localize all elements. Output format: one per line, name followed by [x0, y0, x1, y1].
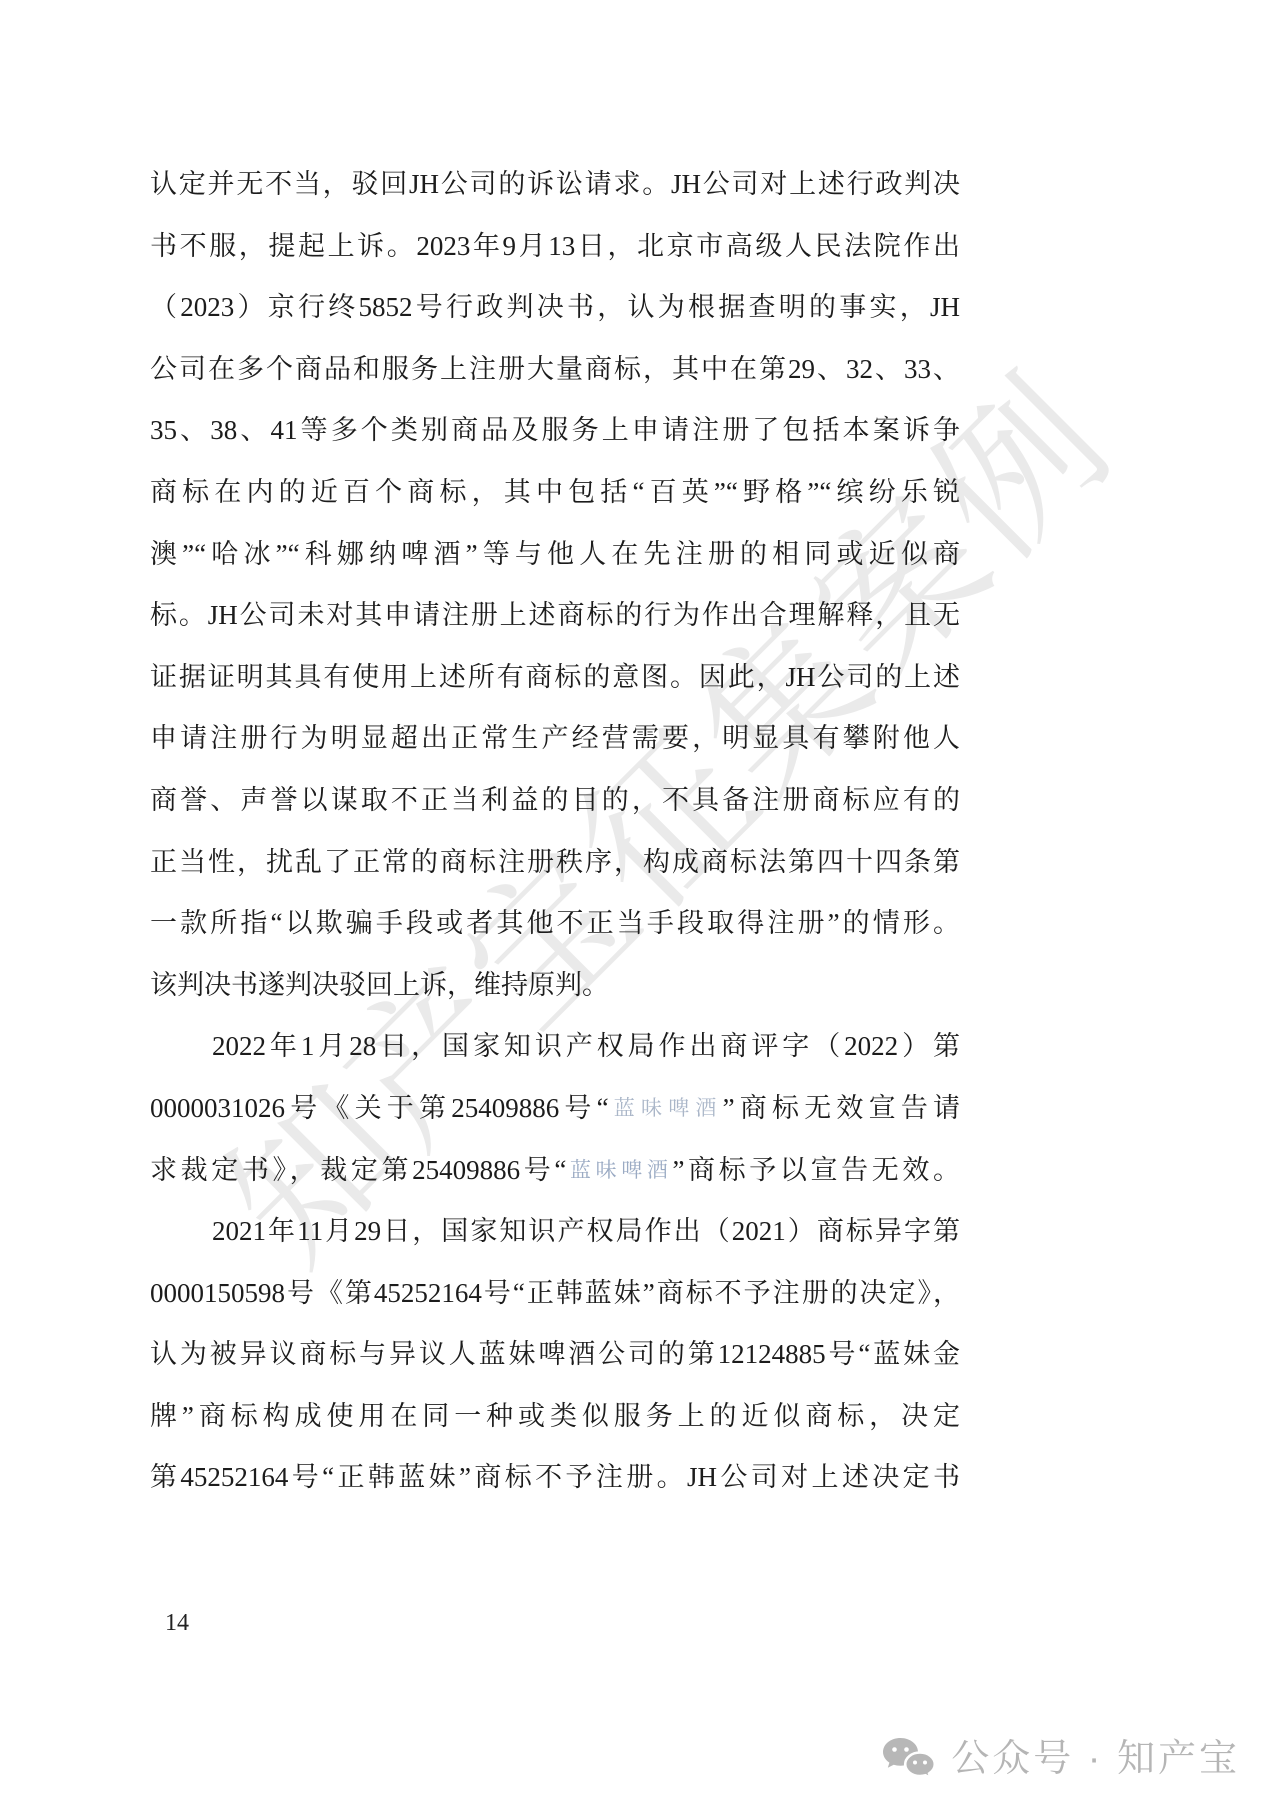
text-segment: 求裁定书》，裁定第25409886号“ [150, 1155, 566, 1185]
text-line: 书不服，提起上诉。2023年9月13日，北京市高级人民法院作出 [150, 216, 960, 278]
text-segment: 0000031026号《关于第25409886号“ [150, 1093, 609, 1123]
text-line: 2022年1月28日，国家知识产权局作出商评字（2022）第 [150, 1016, 960, 1078]
text-line: 正当性，扰乱了正常的商标注册秩序，构成商标法第四十四条第 [150, 832, 960, 894]
text-line: 公司在多个商品和服务上注册大量商标，其中在第29、32、33、 [150, 339, 960, 401]
text-line: 商标在内的近百个商标，其中包括“百英”“野格”“缤纷乐锐 [150, 462, 960, 524]
text-line: 申请注册行为明显超出正常生产经营需要，明显具有攀附他人 [150, 708, 960, 770]
text-segment: ”商标予以宣告无效。 [672, 1155, 960, 1185]
text-line: 2021年11月29日，国家知识产权局作出（2021）商标异字第 [150, 1201, 960, 1263]
text-line: 该判决书遂判决驳回上诉，维持原判。 [150, 955, 960, 1017]
text-line: 牌”商标构成使用在同一种或类似服务上的近似商标，决定 [150, 1386, 960, 1448]
text-line: 澳”“哈冰”“科娜纳啤酒”等与他人在先注册的相同或近似商 [150, 524, 960, 586]
text-line: 认定并无不当，驳回JH公司的诉讼请求。JH公司对上述行政判决 [150, 154, 960, 216]
footer-brand: 公众号 · 知产宝 [881, 1736, 1240, 1782]
text-segment: 2021年11月29日，国家知识产权局作出（2021）商标异字第 [212, 1216, 960, 1246]
text-segment: 书不服，提起上诉。2023年9月13日，北京市高级人民法院作出 [150, 231, 960, 261]
text-segment: 35、38、41等多个类别商品及服务上申请注册了包括本案诉争 [150, 415, 960, 445]
text-segment: 正当性，扰乱了正常的商标注册秩序，构成商标法第四十四条第 [150, 847, 960, 877]
body-text: 认定并无不当，驳回JH公司的诉讼请求。JH公司对上述行政判决书不服，提起上诉。2… [150, 154, 960, 1509]
text-segment: 澳”“哈冰”“科娜纳啤酒”等与他人在先注册的相同或近似商 [150, 539, 960, 569]
text-segment: 商誉、声誉以谋取不正当利益的目的，不具备注册商标应有的 [150, 785, 960, 815]
wechat-icon [881, 1736, 937, 1782]
text-segment: 该判决书遂判决驳回上诉，维持原判。 [150, 970, 609, 1000]
text-line: 0000150598号《第45252164号“正韩蓝妹”商标不予注册的决定》， [150, 1263, 960, 1325]
text-segment: 公司在多个商品和服务上注册大量商标，其中在第29、32、33、 [150, 354, 960, 384]
text-line: 商誉、声誉以谋取不正当利益的目的，不具备注册商标应有的 [150, 770, 960, 832]
text-segment: ”商标无效宣告请 [723, 1093, 960, 1123]
text-line: 一款所指“以欺骗手段或者其他不正当手段取得注册”的情形。 [150, 893, 960, 955]
trademark-text: 蓝味啤酒 [566, 1158, 672, 1182]
text-segment: 2022年1月28日，国家知识产权局作出商评字（2022）第 [212, 1031, 960, 1061]
text-segment: 第45252164号“正韩蓝妹”商标不予注册。JH公司对上述决定书 [150, 1462, 960, 1492]
text-segment: 0000150598号《第45252164号“正韩蓝妹”商标不予注册的决定》， [150, 1278, 960, 1308]
text-segment: 申请注册行为明显超出正常生产经营需要，明显具有攀附他人 [150, 723, 960, 753]
text-line: 0000031026号《关于第25409886号“蓝味啤酒”商标无效宣告请 [150, 1078, 960, 1140]
text-segment: 牌”商标构成使用在同一种或类似服务上的近似商标，决定 [150, 1401, 960, 1431]
text-segment: （2023）京行终5852号行政判决书，认为根据查明的事实，JH [150, 292, 960, 322]
text-segment: 证据证明其具有使用上述所有商标的意图。因此，JH公司的上述 [150, 662, 960, 692]
text-line: 35、38、41等多个类别商品及服务上申请注册了包括本案诉争 [150, 400, 960, 462]
text-line: 标。JH公司未对其申请注册上述商标的行为作出合理解释，且无 [150, 585, 960, 647]
text-line: 求裁定书》，裁定第25409886号“蓝味啤酒”商标予以宣告无效。 [150, 1140, 960, 1202]
document-page: 知产宝征集案例 认定并无不当，驳回JH公司的诉讼请求。JH公司对上述行政判决书不… [0, 0, 1280, 1810]
page-number: 14 [165, 1608, 189, 1638]
text-line: 认为被异议商标与异议人蓝妹啤酒公司的第12124885号“蓝妹金 [150, 1324, 960, 1386]
text-segment: 标。JH公司未对其申请注册上述商标的行为作出合理解释，且无 [150, 600, 960, 630]
text-line: 第45252164号“正韩蓝妹”商标不予注册。JH公司对上述决定书 [150, 1447, 960, 1509]
text-line: 证据证明其具有使用上述所有商标的意图。因此，JH公司的上述 [150, 647, 960, 709]
text-segment: 认定并无不当，驳回JH公司的诉讼请求。JH公司对上述行政判决 [150, 169, 960, 199]
text-line: （2023）京行终5852号行政判决书，认为根据查明的事实，JH [150, 277, 960, 339]
text-segment: 商标在内的近百个商标，其中包括“百英”“野格”“缤纷乐锐 [150, 477, 960, 507]
text-segment: 认为被异议商标与异议人蓝妹啤酒公司的第12124885号“蓝妹金 [150, 1339, 960, 1369]
text-segment: 一款所指“以欺骗手段或者其他不正当手段取得注册”的情形。 [150, 908, 960, 938]
wechat-account-label: 公众号 · 知产宝 [951, 1736, 1240, 1782]
trademark-text: 蓝味啤酒 [609, 1096, 723, 1120]
